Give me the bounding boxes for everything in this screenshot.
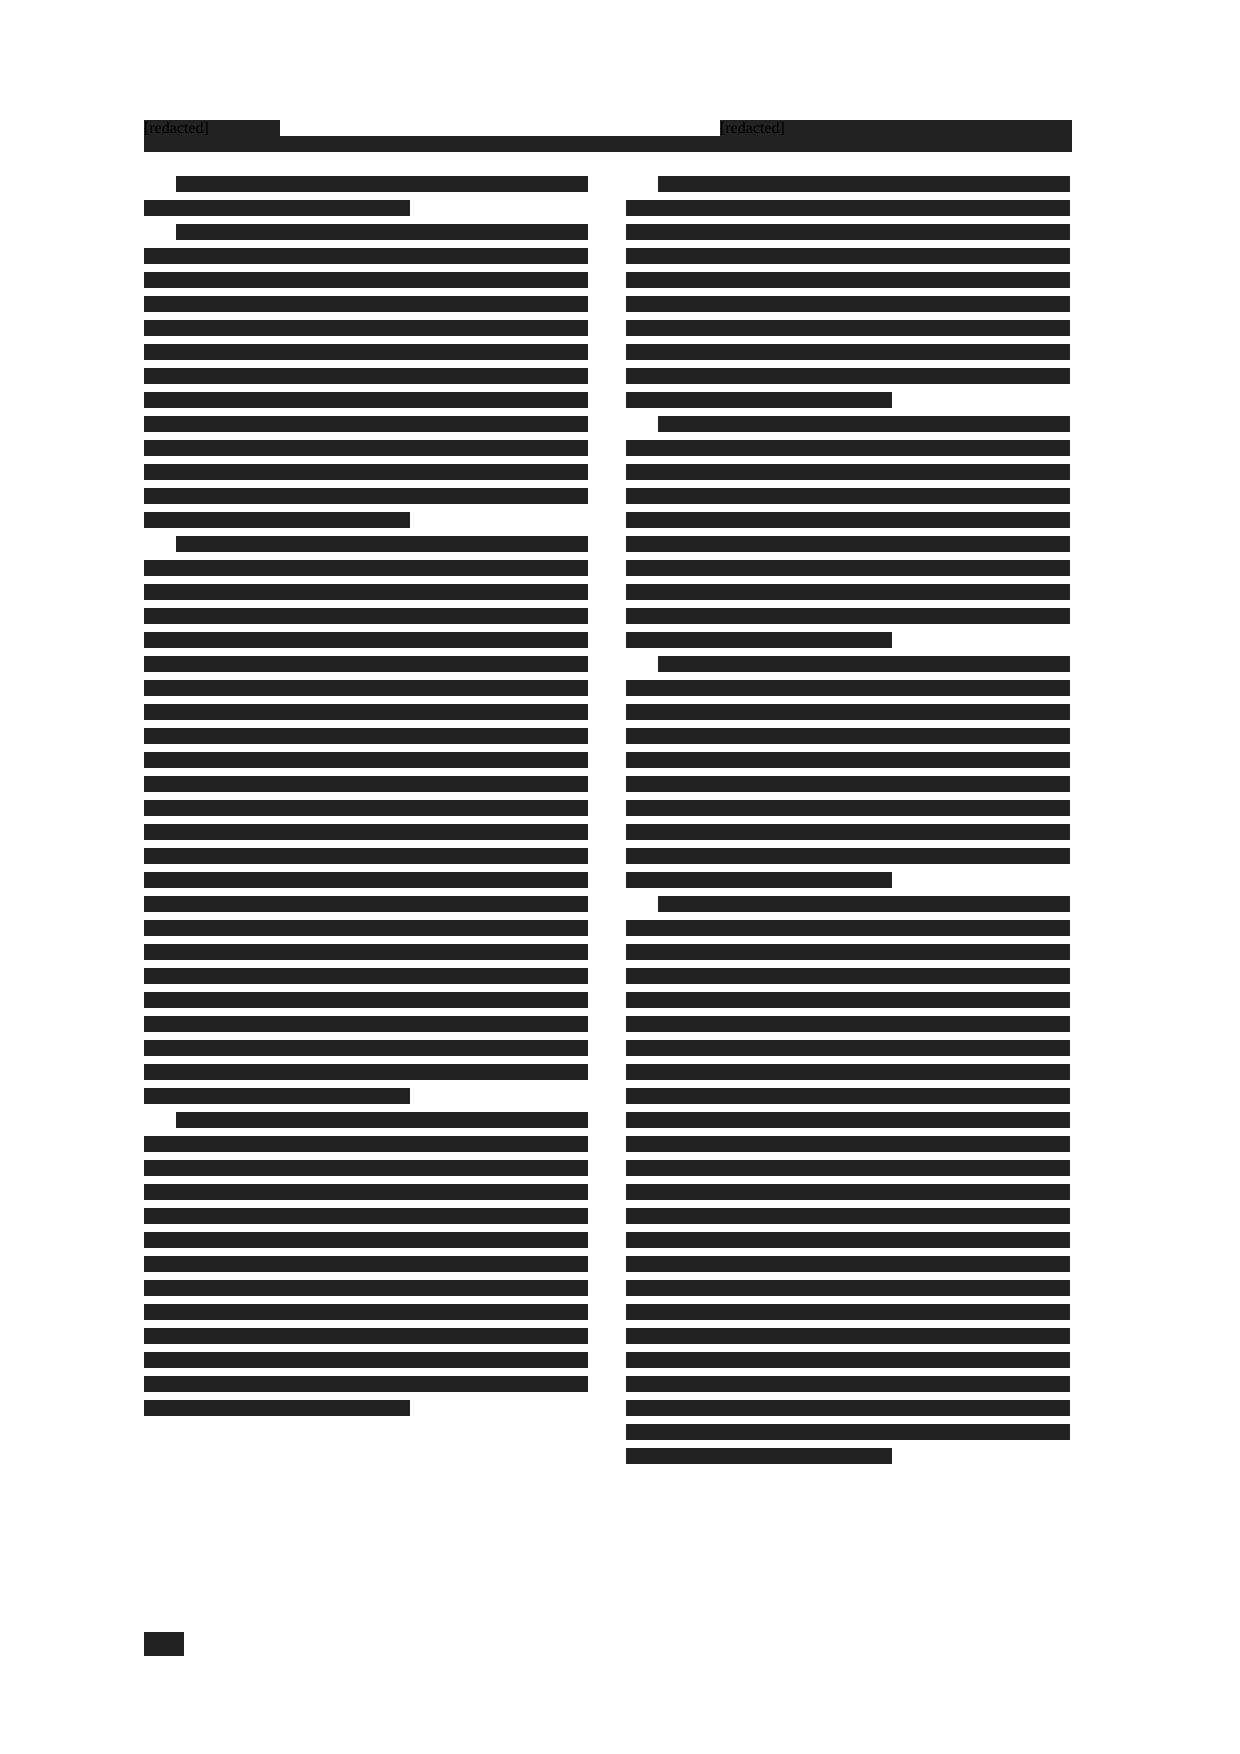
text-line: [redacted]	[626, 608, 1070, 624]
text-line: [redacted]	[658, 896, 1070, 912]
left-column: [redacted][redacted][redacted][redacted]…	[144, 176, 588, 1424]
text-line: [redacted]	[144, 368, 588, 384]
text-line: [redacted]	[626, 752, 1070, 768]
text-line: [redacted]	[626, 224, 1070, 240]
text-line: [redacted]	[144, 272, 588, 288]
text-line: [redacted]	[144, 1376, 588, 1392]
text-line: [redacted]	[144, 1184, 588, 1200]
text-line: [redacted]	[626, 1232, 1070, 1248]
text-line: [redacted]	[626, 1400, 1070, 1416]
text-line: [redacted]	[626, 944, 1070, 960]
text-line: [redacted]	[626, 1040, 1070, 1056]
text-line: [redacted]	[144, 752, 588, 768]
text-line: [redacted]	[658, 176, 1070, 192]
text-line: [redacted]	[144, 440, 588, 456]
text-line: [redacted]	[626, 824, 1070, 840]
text-line: [redacted]	[626, 488, 1070, 504]
text-line: [redacted]	[144, 1328, 588, 1344]
text-line: [redacted]	[144, 656, 588, 672]
text-line: [redacted]	[626, 920, 1070, 936]
text-line: [redacted]	[144, 632, 588, 648]
text-line: [redacted]	[626, 344, 1070, 360]
text-line: [redacted]	[626, 1328, 1070, 1344]
page-number: [redacted]	[144, 1632, 184, 1656]
text-line: [redacted]	[626, 320, 1070, 336]
text-line: [redacted]	[144, 728, 588, 744]
text-line: [redacted]	[626, 704, 1070, 720]
text-line: [redacted]	[144, 560, 588, 576]
text-line: [redacted]	[144, 1352, 588, 1368]
text-line: [redacted]	[626, 1208, 1070, 1224]
text-line: [redacted]	[626, 1376, 1070, 1392]
text-line: [redacted]	[626, 1112, 1070, 1128]
text-line: [redacted]	[626, 536, 1070, 552]
text-line: [redacted]	[176, 1112, 588, 1128]
text-line: [redacted]	[144, 200, 410, 216]
text-line: [redacted]	[144, 1088, 410, 1104]
text-line: [redacted]	[144, 1040, 588, 1056]
text-line: [redacted]	[144, 848, 588, 864]
text-line: [redacted]	[144, 344, 588, 360]
running-header-left: [redacted]	[144, 120, 280, 152]
text-line: [redacted]	[626, 512, 1070, 528]
text-line: [redacted]	[626, 272, 1070, 288]
text-line: [redacted]	[144, 1064, 588, 1080]
text-line: [redacted]	[626, 464, 1070, 480]
text-line: [redacted]	[176, 176, 588, 192]
text-line: [redacted]	[144, 704, 588, 720]
text-line: [redacted]	[144, 824, 588, 840]
text-line: [redacted]	[144, 296, 588, 312]
text-line: [redacted]	[626, 248, 1070, 264]
text-line: [redacted]	[626, 1304, 1070, 1320]
text-line: [redacted]	[626, 440, 1070, 456]
text-line: [redacted]	[658, 656, 1070, 672]
text-line: [redacted]	[626, 1448, 892, 1464]
text-line: [redacted]	[144, 248, 588, 264]
text-line: [redacted]	[626, 1280, 1070, 1296]
text-line: [redacted]	[144, 1160, 588, 1176]
running-header-right: [redacted]	[720, 120, 1072, 152]
text-line: [redacted]	[626, 1016, 1070, 1032]
text-line: [redacted]	[626, 296, 1070, 312]
text-line: [redacted]	[144, 488, 588, 504]
text-line: [redacted]	[144, 800, 588, 816]
text-line: [redacted]	[626, 728, 1070, 744]
text-line: [redacted]	[144, 944, 588, 960]
text-line: [redacted]	[144, 1400, 410, 1416]
text-line: [redacted]	[144, 512, 410, 528]
text-line: [redacted]	[626, 200, 1070, 216]
text-line: [redacted]	[626, 584, 1070, 600]
text-line: [redacted]	[144, 392, 588, 408]
text-line: [redacted]	[626, 848, 1070, 864]
text-line: [redacted]	[144, 1232, 588, 1248]
text-line: [redacted]	[144, 992, 588, 1008]
text-line: [redacted]	[626, 680, 1070, 696]
text-line: [redacted]	[626, 392, 892, 408]
text-line: [redacted]	[626, 1184, 1070, 1200]
text-line: [redacted]	[144, 968, 588, 984]
text-line: [redacted]	[626, 1064, 1070, 1080]
text-line: [redacted]	[144, 1256, 588, 1272]
text-line: [redacted]	[626, 1160, 1070, 1176]
text-line: [redacted]	[144, 1280, 588, 1296]
right-column: [redacted][redacted][redacted][redacted]…	[626, 176, 1070, 1472]
text-line: [redacted]	[626, 1352, 1070, 1368]
text-line: [redacted]	[144, 464, 588, 480]
text-line: [redacted]	[144, 608, 588, 624]
text-line: [redacted]	[626, 968, 1070, 984]
text-line: [redacted]	[626, 368, 1070, 384]
text-line: [redacted]	[176, 536, 588, 552]
text-line: [redacted]	[626, 1088, 1070, 1104]
text-line: [redacted]	[626, 632, 892, 648]
text-line: [redacted]	[144, 320, 588, 336]
text-line: [redacted]	[144, 1016, 588, 1032]
text-line: [redacted]	[144, 920, 588, 936]
text-line: [redacted]	[626, 872, 892, 888]
text-line: [redacted]	[626, 776, 1070, 792]
text-line: [redacted]	[144, 776, 588, 792]
text-line: [redacted]	[658, 416, 1070, 432]
text-line: [redacted]	[144, 584, 588, 600]
text-line: [redacted]	[626, 1424, 1070, 1440]
text-line: [redacted]	[144, 1304, 588, 1320]
text-line: [redacted]	[626, 1256, 1070, 1272]
text-line: [redacted]	[626, 800, 1070, 816]
text-line: [redacted]	[626, 560, 1070, 576]
text-line: [redacted]	[144, 1208, 588, 1224]
text-line: [redacted]	[176, 224, 588, 240]
text-line: [redacted]	[144, 416, 588, 432]
text-line: [redacted]	[626, 1136, 1070, 1152]
text-line: [redacted]	[626, 992, 1070, 1008]
text-line: [redacted]	[144, 1136, 588, 1152]
text-line: [redacted]	[144, 896, 588, 912]
text-line: [redacted]	[144, 872, 588, 888]
text-line: [redacted]	[144, 680, 588, 696]
